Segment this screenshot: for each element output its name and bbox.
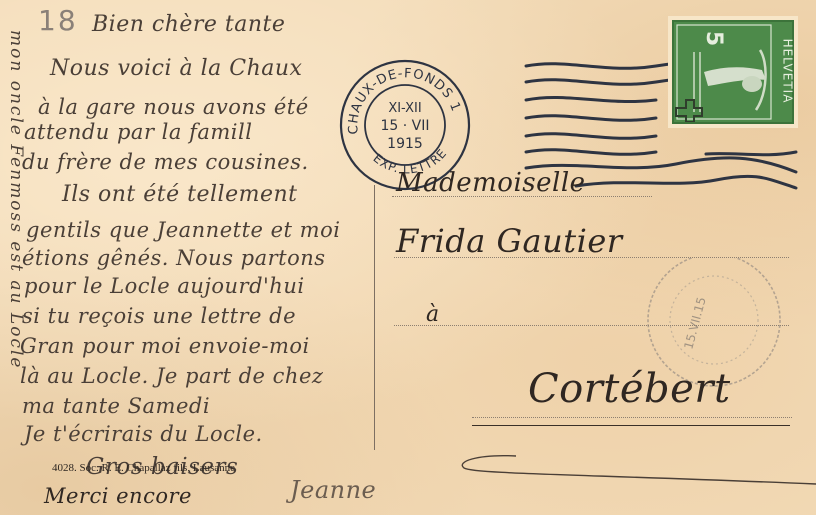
postage-stamp: 5 HELVETIA xyxy=(668,16,798,128)
address-title: Mademoiselle xyxy=(396,168,586,198)
printer-imprint: 4028. Soc. R. E. Chapallaz fils, Lausann… xyxy=(52,462,235,474)
postmark-date: 15 · VII xyxy=(381,118,430,134)
recipient-town: Cortébert xyxy=(528,366,731,412)
message-line: à la gare nous avons été xyxy=(38,95,309,119)
stamp-value: 5 xyxy=(701,31,726,46)
message-line: si tu reçois une lettre de xyxy=(22,304,296,328)
message-line: gentils que Jeannette et moi xyxy=(26,218,340,242)
svg-text:15.VII.15: 15.VII.15 xyxy=(681,296,708,351)
message-line: là au Locle. Je part de chez xyxy=(20,364,323,388)
address-line-2 xyxy=(394,257,789,258)
message-line: étions gênés. Nous partons xyxy=(22,246,326,270)
center-divider xyxy=(374,185,375,450)
message-line: pour le Locle aujourd'hui xyxy=(24,274,305,298)
postmark-hours: XI-XII xyxy=(388,101,421,116)
message-line: du frère de mes cousines. xyxy=(22,150,309,174)
message-line: ma tante Samedi xyxy=(22,394,210,418)
address-line-3 xyxy=(394,325,789,326)
address-line-4 xyxy=(472,417,792,418)
message-line: attendu par la famill xyxy=(24,120,252,144)
message-line: Ils ont été tellement xyxy=(62,182,297,207)
stamp-country: HELVETIA xyxy=(781,39,795,104)
recipient-name: Frida Gautier xyxy=(396,222,623,260)
address-prefix: à xyxy=(426,302,440,327)
address-line-1 xyxy=(392,196,652,197)
message-greeting: Bien chère tante xyxy=(92,12,285,37)
message-signature: Jeanne xyxy=(290,476,376,504)
corner-number: 18 xyxy=(38,4,78,37)
flourish-underline-icon xyxy=(456,452,816,492)
william-tell-son-icon xyxy=(674,22,792,122)
postmark-year: 1915 xyxy=(387,136,423,152)
message-line: Gran pour moi envoie-moi xyxy=(20,334,310,358)
message-line: Nous voici à la Chaux xyxy=(50,56,302,81)
town-underline xyxy=(472,425,790,426)
postcard: 18 mon oncle Fenmoss est au Locle Bien c… xyxy=(0,0,816,515)
message-line: Je t'écrirais du Locle. xyxy=(24,422,263,446)
message-thanks: Merci encore xyxy=(44,484,192,508)
